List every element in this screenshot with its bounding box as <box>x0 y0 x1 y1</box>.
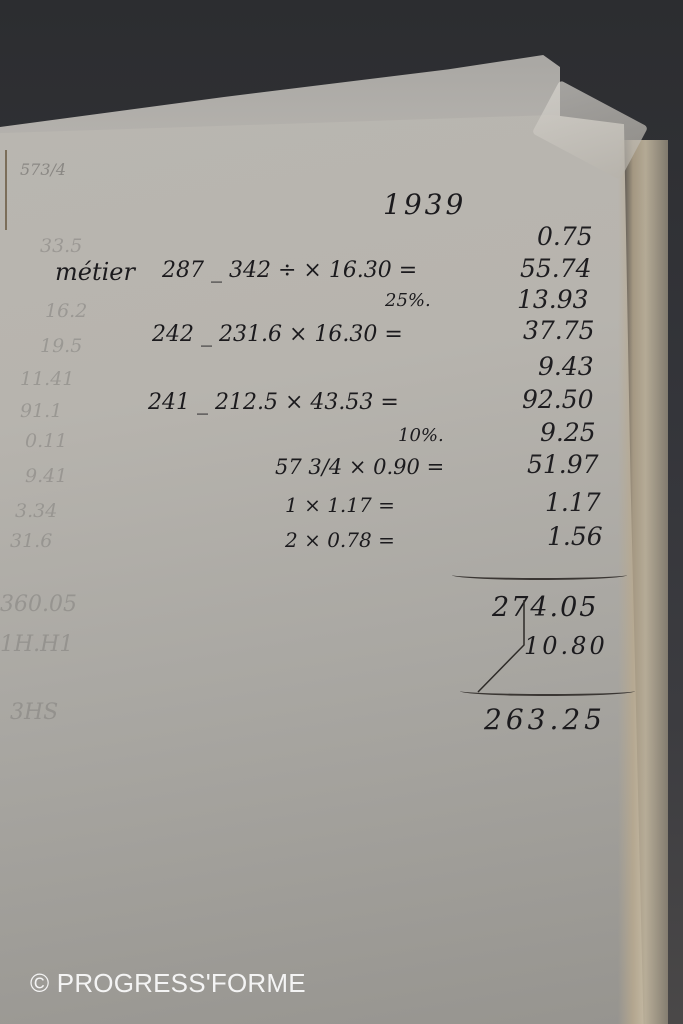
ghost-number: 3.34 <box>15 500 57 522</box>
binding-edge <box>5 150 7 230</box>
ghost-number: 9.41 <box>25 465 67 487</box>
ghost-number: 11.41 <box>20 368 74 390</box>
sum-rule <box>452 570 627 580</box>
total-rule <box>460 686 635 696</box>
ghost-number: 0.11 <box>25 430 67 452</box>
page-edge-stack <box>618 140 668 1024</box>
amount: 92.50 <box>522 385 594 414</box>
line-expression: 57 3/4 × 0.90 = <box>275 455 444 479</box>
line-expression: 2 × 0.78 = <box>285 528 395 552</box>
line-expression: 287 _ 342 ÷ × 16.30 = <box>162 258 417 283</box>
line-label: métier <box>55 258 135 286</box>
ghost-number: 16.2 <box>45 300 87 322</box>
amount: 51.97 <box>527 450 599 479</box>
amount: 1.17 <box>545 488 601 517</box>
year-heading: 1939 <box>383 188 466 221</box>
total: 263.25 <box>484 703 606 736</box>
line-expression: 25%. <box>385 290 431 311</box>
deduction-stroke <box>460 600 540 695</box>
copyright-watermark: © PROGRESS'FORME <box>30 968 306 999</box>
line-expression: 241 _ 212.5 × 43.53 = <box>148 390 399 415</box>
folio-note: 573/4 <box>20 160 66 179</box>
amount: 9.43 <box>538 352 594 381</box>
amount: 0.75 <box>537 222 593 251</box>
ghost-number: 91.1 <box>20 400 62 422</box>
ghost-number: 3HS <box>10 700 58 725</box>
amount: 55.74 <box>520 254 592 283</box>
ghost-number: 360.05 <box>0 592 77 617</box>
ghost-number: 1H.H1 <box>0 632 73 657</box>
amount: 37.75 <box>523 316 595 345</box>
ghost-number: 31.6 <box>10 530 52 552</box>
ghost-number: 19.5 <box>40 335 82 357</box>
line-expression: 242 _ 231.6 × 16.30 = <box>152 322 403 347</box>
line-expression: 10%. <box>398 425 444 446</box>
amount: 1.56 <box>547 522 603 551</box>
amount: 9.25 <box>540 418 596 447</box>
ghost-number: 33.5 <box>40 235 82 257</box>
line-expression: 1 × 1.17 = <box>285 493 395 517</box>
amount: 13.93 <box>517 285 589 314</box>
